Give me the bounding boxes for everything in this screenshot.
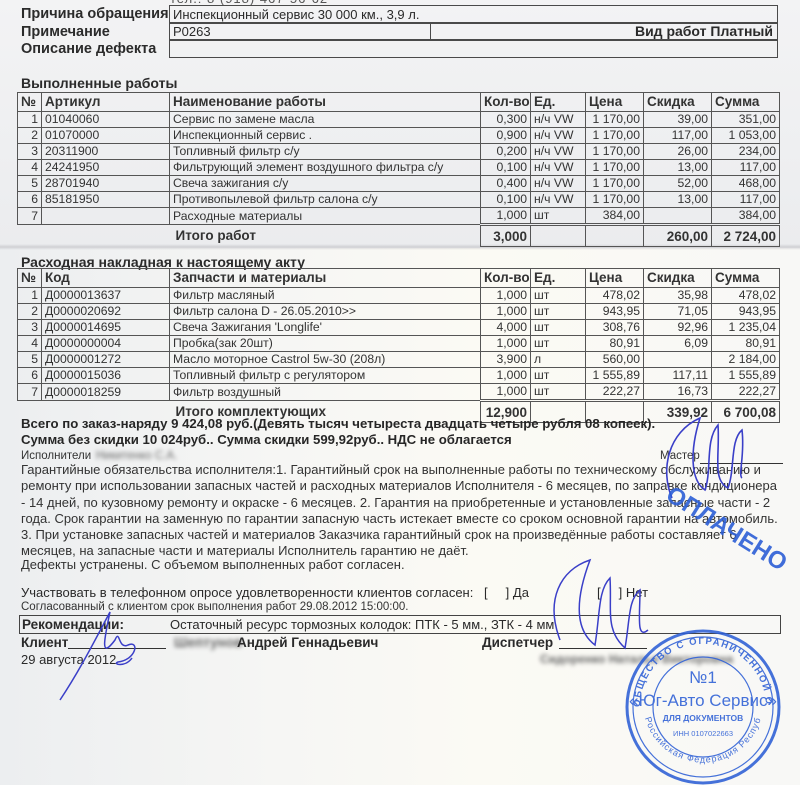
- table-row: 320311900Топливный фильтр с/у0,200н/ч VW…: [18, 144, 780, 160]
- cell-qty: 1,000: [481, 368, 531, 384]
- cell-code: Д0000014695: [42, 320, 170, 336]
- cell-sum: 943,95: [712, 304, 780, 320]
- cell-sum: 1 053,00: [712, 128, 780, 144]
- cell-qty: 1,000: [481, 384, 531, 401]
- cell-unit: н/ч VW: [531, 128, 586, 144]
- note-value: P0263: [173, 24, 211, 39]
- client-label: Клиент: [21, 635, 68, 650]
- cell-sum: 468,00: [712, 176, 780, 192]
- cell-n: 2: [18, 304, 42, 320]
- client-signature-line: [68, 648, 166, 649]
- cell-unit: шт: [531, 208, 586, 225]
- parts-table: №КодЗапчасти и материалыКол-воЕд.ЦенаСки…: [17, 268, 780, 423]
- total-price: [586, 225, 644, 247]
- cell-name: Фильтрующий элемент воздушного фильтра с…: [170, 160, 481, 176]
- column-header: Ед.: [531, 269, 586, 288]
- cell-qty: 1,000: [481, 304, 531, 320]
- cell-price: 222,27: [586, 384, 644, 401]
- total-spacer: [42, 225, 170, 247]
- cell-sum: 2 184,00: [712, 352, 780, 368]
- dispatcher-label: Диспетчер: [482, 635, 553, 650]
- total-row: Итого работ3,000260,002 724,00: [18, 225, 780, 247]
- defects-fixed-text: Дефекты устранены. С объемом выполненных…: [21, 557, 781, 573]
- column-header: Сумма: [712, 93, 780, 112]
- cell-code: 85181950: [42, 192, 170, 208]
- total-qty: 3,000: [481, 225, 531, 247]
- table-row: 4Д0000000004Пробка(зак 20шт)1,000шт80,91…: [18, 336, 780, 352]
- cell-name: Топливный фильтр с регулятором: [170, 368, 481, 384]
- cell-discount: 13,00: [644, 192, 712, 208]
- total-sum: 2 724,00: [712, 225, 780, 247]
- cell-n: 2: [18, 128, 42, 144]
- column-header: Запчасти и материалы: [170, 269, 481, 288]
- cell-price: 308,76: [586, 320, 644, 336]
- cell-code: Д0000000004: [42, 336, 170, 352]
- cell-sum: 117,00: [712, 160, 780, 176]
- order-total-line: Всего по заказ-наряду 9 424,08 руб.(Девя…: [21, 416, 655, 431]
- total-label: Итого работ: [170, 225, 481, 247]
- cell-sum: 384,00: [712, 208, 780, 225]
- cell-qty: 0,900: [481, 128, 531, 144]
- cell-unit: шт: [531, 320, 586, 336]
- cell-unit: н/ч VW: [531, 144, 586, 160]
- works-section-title: Выполненные работы: [21, 75, 177, 91]
- reason-label: Причина обращения: [21, 6, 169, 22]
- cell-price: 1 170,00: [586, 144, 644, 160]
- column-header: Цена: [586, 269, 644, 288]
- cell-code: 01040060: [42, 112, 170, 128]
- dispatcher-name-blurred: Сидоренко Наталья Викторовна: [540, 652, 733, 666]
- column-header: Ед.: [531, 93, 586, 112]
- recommendations-label: Рекомендации:: [22, 617, 124, 632]
- cell-qty: 1,000: [481, 288, 531, 304]
- survey-no-option[interactable]: [ ] Нет: [597, 585, 648, 600]
- defect-field: [169, 39, 778, 58]
- column-header: Кол-во: [481, 269, 531, 288]
- cell-code: Д0000013637: [42, 288, 170, 304]
- cell-discount: 117,11: [644, 368, 712, 384]
- table-row: 528701940Свеча зажигания с/у0,400н/ч VW1…: [18, 176, 780, 192]
- warranty-text: Гарантийные обязательства исполнителя:1.…: [21, 462, 781, 560]
- cell-price: 1 170,00: [586, 160, 644, 176]
- table-header-row: №КодЗапчасти и материалыКол-воЕд.ЦенаСки…: [18, 269, 780, 288]
- total-unit: [531, 225, 586, 247]
- cell-qty: 0,100: [481, 160, 531, 176]
- survey-yes-option[interactable]: [ ] Да: [484, 585, 529, 600]
- column-header: Код: [42, 269, 170, 288]
- cell-qty: 0,200: [481, 144, 531, 160]
- cell-n: 1: [18, 288, 42, 304]
- cell-discount: 16,73: [644, 384, 712, 401]
- cell-price: 1 555,89: [586, 368, 644, 384]
- cell-n: 4: [18, 160, 42, 176]
- executors-name-blurred: Никитенко С.А.: [96, 450, 177, 462]
- total-spacer: [18, 225, 42, 247]
- survey-question: Участвовать в телефонном опросе удовлетв…: [21, 585, 473, 600]
- document-date: 29 августа 2012: [21, 652, 116, 667]
- table-row: 6Д0000015036Топливный фильтр с регулятор…: [18, 368, 780, 384]
- cell-unit: н/ч VW: [531, 192, 586, 208]
- cell-name: Расходные материалы: [170, 208, 481, 225]
- column-header: Кол-во: [481, 93, 531, 112]
- cell-code: 01070000: [42, 128, 170, 144]
- cell-price: 1 170,00: [586, 176, 644, 192]
- cell-n: 1: [18, 112, 42, 128]
- defect-label: Описание дефекта: [21, 41, 156, 57]
- cell-n: 7: [18, 208, 42, 225]
- cell-unit: л: [531, 352, 586, 368]
- total-discount: 260,00: [644, 225, 712, 247]
- cell-sum: 1 235,04: [712, 320, 780, 336]
- cell-name: Инспекционный сервис .: [170, 128, 481, 144]
- table-row: 1Д0000013637Фильтр масляный1,000шт478,02…: [18, 288, 780, 304]
- cell-price: 1 170,00: [586, 128, 644, 144]
- survey-yes-label: Да: [513, 585, 529, 600]
- executors-label: Исполнители: [21, 450, 91, 462]
- table-header-row: №АртикулНаименование работыКол-воЕд.Цена…: [18, 93, 780, 112]
- cell-price: 1 170,00: [586, 192, 644, 208]
- cell-discount: 6,09: [644, 336, 712, 352]
- cell-qty: 3,900: [481, 352, 531, 368]
- cell-unit: н/ч VW: [531, 112, 586, 128]
- cell-name: Масло моторное Castrol 5w-30 (208л): [170, 352, 481, 368]
- cell-n: 6: [18, 192, 42, 208]
- table-row: 201070000Инспекционный сервис .0,900н/ч …: [18, 128, 780, 144]
- column-header: Сумма: [712, 269, 780, 288]
- cell-discount: 26,00: [644, 144, 712, 160]
- cell-discount: 52,00: [644, 176, 712, 192]
- survey-no-label: Нет: [626, 585, 648, 600]
- cell-sum: 222,27: [712, 384, 780, 401]
- cell-code: Д0000001272: [42, 352, 170, 368]
- cell-discount: 39,00: [644, 112, 712, 128]
- cell-unit: шт: [531, 368, 586, 384]
- master-label: Мастер: [660, 450, 700, 462]
- column-header: Скидка: [644, 269, 712, 288]
- agreed-deadline: Согласованный с клиентом срок выполнения…: [21, 601, 408, 613]
- cell-n: 5: [18, 352, 42, 368]
- cell-code: Д0000020692: [42, 304, 170, 320]
- cell-code: 20311900: [42, 144, 170, 160]
- cell-sum: 351,00: [712, 112, 780, 128]
- survey-yes-checkbox[interactable]: [ ]: [484, 585, 509, 600]
- note-label: Примечание: [21, 24, 110, 40]
- works-table: №АртикулНаименование работыКол-воЕд.Цена…: [17, 92, 780, 247]
- cell-code: Д0000015036: [42, 368, 170, 384]
- cell-code: Д0000018259: [42, 384, 170, 401]
- table-row: 7Д0000018259Фильтр воздушный1,000шт222,2…: [18, 384, 780, 401]
- table-row: 685181950Противопылевой фильтр салона с/…: [18, 192, 780, 208]
- cell-code: [42, 208, 170, 225]
- column-header: №: [18, 93, 42, 112]
- cell-qty: 0,400: [481, 176, 531, 192]
- reason-value: Инспекционный сервис 30 000 км., 3,9 л.: [173, 7, 419, 22]
- column-header: Артикул: [42, 93, 170, 112]
- cell-unit: шт: [531, 288, 586, 304]
- cell-name: Пробка(зак 20шт): [170, 336, 481, 352]
- column-header: Скидка: [644, 93, 712, 112]
- cell-n: 3: [18, 144, 42, 160]
- cell-unit: шт: [531, 304, 586, 320]
- cell-price: 80,91: [586, 336, 644, 352]
- cell-name: Фильтр салона D - 26.05.2010>>: [170, 304, 481, 320]
- cell-discount: 71,05: [644, 304, 712, 320]
- cell-name: Противопылевой фильтр салона с/у: [170, 192, 481, 208]
- column-header: Цена: [586, 93, 644, 112]
- client-surname-blurred: Шептунов: [174, 635, 242, 650]
- cell-discount: 92,96: [644, 320, 712, 336]
- cell-price: 478,02: [586, 288, 644, 304]
- column-header: №: [18, 269, 42, 288]
- cell-qty: 4,000: [481, 320, 531, 336]
- table-row: 7Расходные материалы1,000шт384,00384,00: [18, 208, 780, 225]
- cell-n: 3: [18, 320, 42, 336]
- cell-qty: 1,000: [481, 208, 531, 225]
- cell-unit: н/ч VW: [531, 176, 586, 192]
- column-header: Наименование работы: [170, 93, 481, 112]
- cell-sum: 117,00: [712, 192, 780, 208]
- cell-unit: шт: [531, 336, 586, 352]
- total-sum: 6 700,08: [712, 401, 780, 423]
- cell-price: 384,00: [586, 208, 644, 225]
- cell-name: Фильтр масляный: [170, 288, 481, 304]
- cell-name: Топливный фильтр с/у: [170, 144, 481, 160]
- cell-discount: 35,98: [644, 288, 712, 304]
- cell-name: Свеча Зажигания 'Longlife': [170, 320, 481, 336]
- dispatcher-signature-line: [559, 648, 647, 649]
- cell-sum: 1 555,89: [712, 368, 780, 384]
- cell-sum: 478,02: [712, 288, 780, 304]
- cell-unit: н/ч VW: [531, 160, 586, 176]
- discount-summary-line: Сумма без скидки 10 024руб.. Сумма скидк…: [21, 432, 512, 447]
- table-row: 101040060Сервис по замене масла0,300н/ч …: [18, 112, 780, 128]
- cell-n: 6: [18, 368, 42, 384]
- cell-discount: 117,00: [644, 128, 712, 144]
- cell-sum: 80,91: [712, 336, 780, 352]
- cell-price: 1 170,00: [586, 112, 644, 128]
- cell-name: Сервис по замене масла: [170, 112, 481, 128]
- cell-name: Фильтр воздушный: [170, 384, 481, 401]
- table-row: 3Д0000014695Свеча Зажигания 'Longlife'4,…: [18, 320, 780, 336]
- cell-sum: 234,00: [712, 144, 780, 160]
- survey-no-checkbox[interactable]: [ ]: [597, 585, 622, 600]
- cell-unit: шт: [531, 384, 586, 401]
- cell-qty: 0,300: [481, 112, 531, 128]
- recommendations-value: Остаточный ресурс тормозных колодок: ПТК…: [170, 617, 554, 632]
- cell-discount: 13,00: [644, 160, 712, 176]
- table-row: 424241950Фильтрующий элемент воздушного …: [18, 160, 780, 176]
- cell-name: Свеча зажигания с/у: [170, 176, 481, 192]
- cell-price: 560,00: [586, 352, 644, 368]
- work-type-value: Вид работ Платный: [635, 23, 773, 39]
- cell-price: 943,95: [586, 304, 644, 320]
- cell-n: 4: [18, 336, 42, 352]
- cell-discount: [644, 208, 712, 225]
- cell-discount: [644, 352, 712, 368]
- client-name: Андрей Геннадьевич: [237, 635, 378, 650]
- cell-code: 24241950: [42, 160, 170, 176]
- table-row: 2Д0000020692Фильтр салона D - 26.05.2010…: [18, 304, 780, 320]
- cell-qty: 1,000: [481, 336, 531, 352]
- cell-code: 28701940: [42, 176, 170, 192]
- cell-n: 5: [18, 176, 42, 192]
- table-row: 5Д0000001272Масло моторное Castrol 5w-30…: [18, 352, 780, 368]
- cell-qty: 0,100: [481, 192, 531, 208]
- cell-n: 7: [18, 384, 42, 401]
